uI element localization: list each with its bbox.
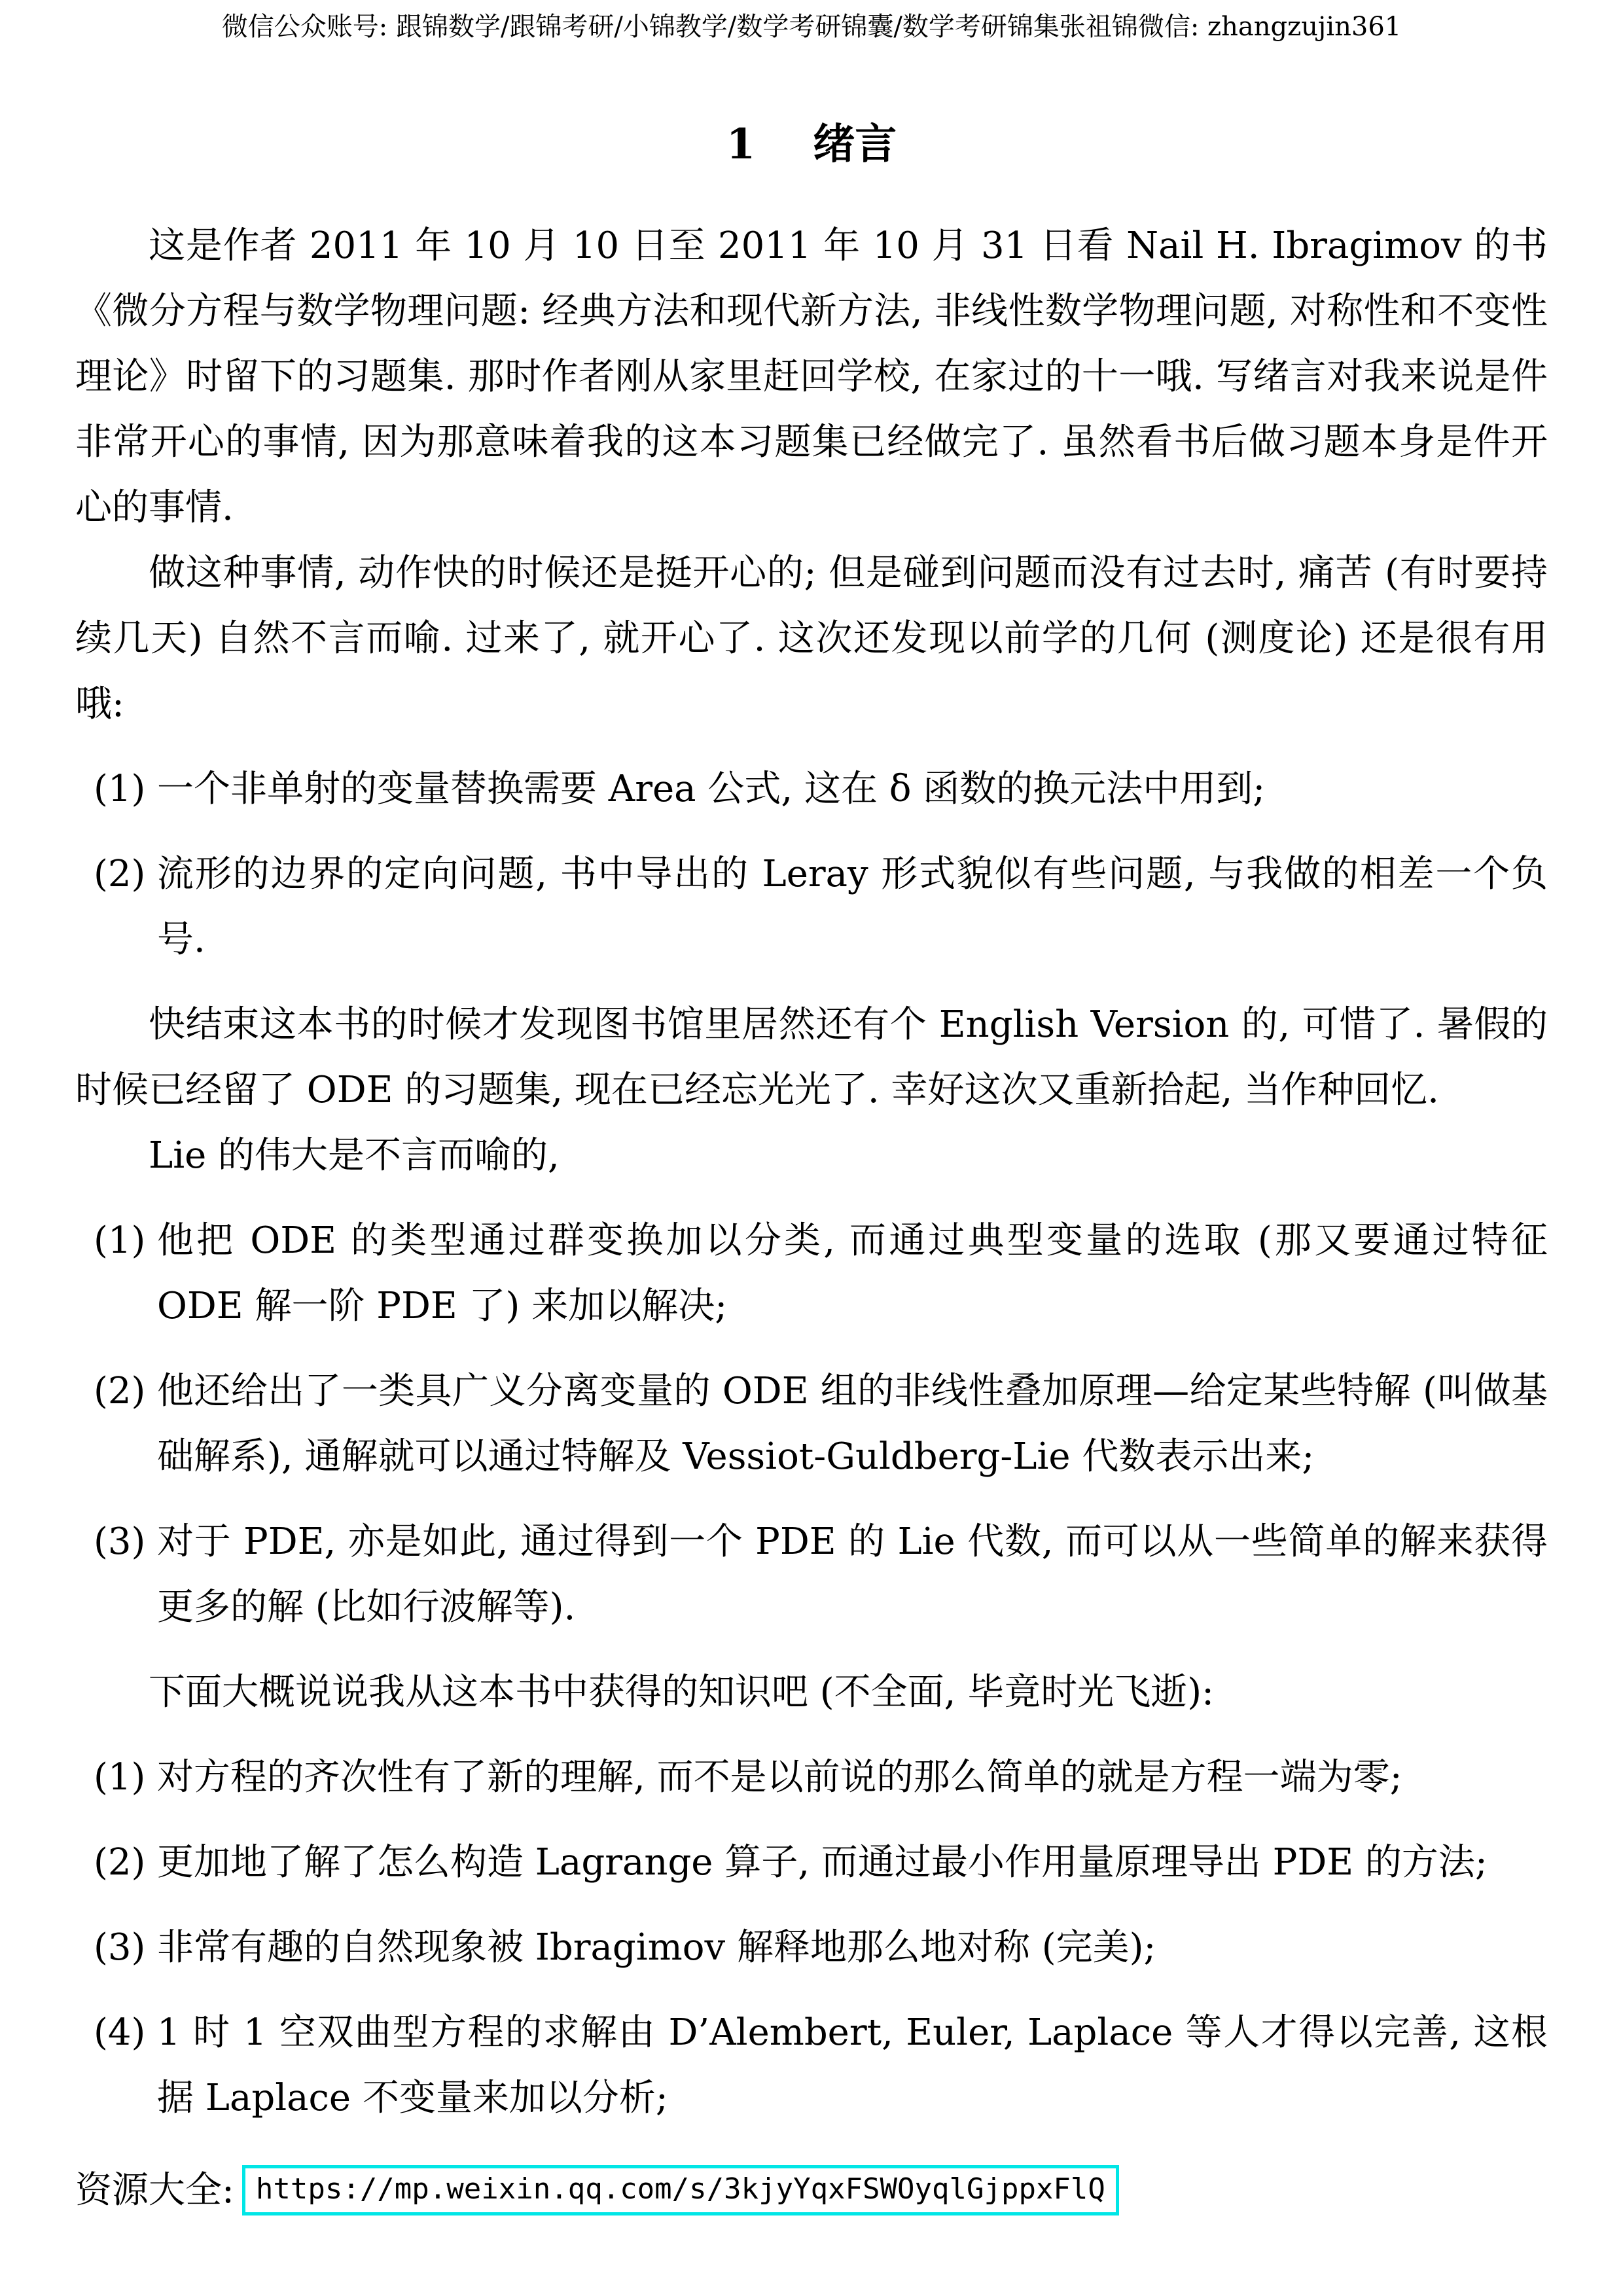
paragraph: 下面大概说说我从这本书中获得的知识吧 (不全面, 毕竟时光飞逝):	[75, 1660, 1548, 1725]
list-item-text: 更加地了解了怎么构造 Lagrange 算子, 而通过最小作用量原理导出 PDE…	[157, 1841, 1488, 1884]
resource-label: 资源大全:	[75, 2168, 234, 2212]
list-item-text: 对方程的齐次性有了新的理解, 而不是以前说的那么简单的就是方程一端为零;	[157, 1756, 1402, 1799]
resource-link[interactable]: https://mp.weixin.qq.com/s/3kjyYqxFSWOyq…	[242, 2165, 1119, 2215]
section-title: 1绪言	[75, 122, 1548, 168]
list-item: (2)他还给出了一类具广义分离变量的 ODE 组的非线性叠加原理—给定某些特解 …	[75, 1359, 1548, 1490]
list-item: (1)对方程的齐次性有了新的理解, 而不是以前说的那么简单的就是方程一端为零;	[75, 1745, 1548, 1810]
list-item: (2)流形的边界的定向问题, 书中导出的 Leray 形式貌似有些问题, 与我做…	[75, 842, 1548, 973]
list-item-text: 他把 ODE 的类型通过群变换加以分类, 而通过典型变量的选取 (那又要通过特征…	[157, 1219, 1548, 1327]
list-item-number: (2)	[94, 1830, 145, 1895]
enumerate-list: (1)他把 ODE 的类型通过群变换加以分类, 而通过典型变量的选取 (那又要通…	[75, 1208, 1548, 1640]
list-item-number: (3)	[94, 1509, 145, 1575]
list-item-text: 他还给出了一类具广义分离变量的 ODE 组的非线性叠加原理—给定某些特解 (叫做…	[157, 1370, 1548, 1478]
paragraph: 快结束这本书的时候才发现图书馆里居然还有个 English Version 的,…	[75, 992, 1548, 1123]
list-item: (3)非常有趣的自然现象被 Ibragimov 解释地那么地对称 (完美);	[75, 1915, 1548, 1981]
list-item-text: 流形的边界的定向问题, 书中导出的 Leray 形式貌似有些问题, 与我做的相差…	[157, 853, 1548, 961]
list-item-number: (1)	[94, 757, 145, 822]
page-root: { "header": "微信公众账号: 跟锦数学/跟锦考研/小锦教学/数学考研…	[0, 0, 1623, 2296]
list-item-text: 对于 PDE, 亦是如此, 通过得到一个 PDE 的 Lie 代数, 而可以从一…	[157, 1520, 1548, 1628]
paragraph: 做这种事情, 动作快的时候还是挺开心的; 但是碰到问题而没有过去时, 痛苦 (有…	[75, 541, 1548, 737]
list-item-number: (2)	[94, 1359, 145, 1424]
section-number: 1	[726, 120, 756, 169]
enumerate-list: (1)一个非单射的变量替换需要 Area 公式, 这在 δ 函数的换元法中用到;…	[75, 757, 1548, 973]
list-item-text: 1 时 1 空双曲型方程的求解由 D’Alembert, Euler, Lapl…	[157, 2011, 1548, 2119]
list-item: (4)1 时 1 空双曲型方程的求解由 D’Alembert, Euler, L…	[75, 2000, 1548, 2131]
list-item-number: (1)	[94, 1745, 145, 1810]
list-item-number: (3)	[94, 1915, 145, 1981]
enumerate-list: (1)对方程的齐次性有了新的理解, 而不是以前说的那么简单的就是方程一端为零;(…	[75, 1745, 1548, 2131]
list-item: (1)一个非单射的变量替换需要 Area 公式, 这在 δ 函数的换元法中用到;	[75, 757, 1548, 822]
document-body: 这是作者 2011 年 10 月 10 日至 2011 年 10 月 31 日看…	[75, 213, 1548, 2131]
footer: 资源大全: https://mp.weixin.qq.com/s/3kjyYqx…	[75, 2165, 1548, 2215]
list-item-number: (4)	[94, 2000, 145, 2066]
section-title-text: 绪言	[813, 120, 897, 169]
paragraph: 这是作者 2011 年 10 月 10 日至 2011 年 10 月 31 日看…	[75, 213, 1548, 541]
document-page: 微信公众账号: 跟锦数学/跟锦考研/小锦教学/数学考研锦囊/数学考研锦集张祖锦微…	[0, 0, 1623, 2215]
list-item-text: 非常有趣的自然现象被 Ibragimov 解释地那么地对称 (完美);	[157, 1926, 1156, 1969]
list-item-text: 一个非单射的变量替换需要 Area 公式, 这在 δ 函数的换元法中用到;	[157, 768, 1265, 810]
paragraph: Lie 的伟大是不言而喻的,	[75, 1123, 1548, 1189]
list-item-number: (1)	[94, 1208, 145, 1274]
list-item: (2)更加地了解了怎么构造 Lagrange 算子, 而通过最小作用量原理导出 …	[75, 1830, 1548, 1895]
list-item: (1)他把 ODE 的类型通过群变换加以分类, 而通过典型变量的选取 (那又要通…	[75, 1208, 1548, 1339]
list-item: (3)对于 PDE, 亦是如此, 通过得到一个 PDE 的 Lie 代数, 而可…	[75, 1509, 1548, 1640]
page-header: 微信公众账号: 跟锦数学/跟锦考研/小锦教学/数学考研锦囊/数学考研锦集张祖锦微…	[75, 9, 1548, 45]
list-item-number: (2)	[94, 842, 145, 907]
